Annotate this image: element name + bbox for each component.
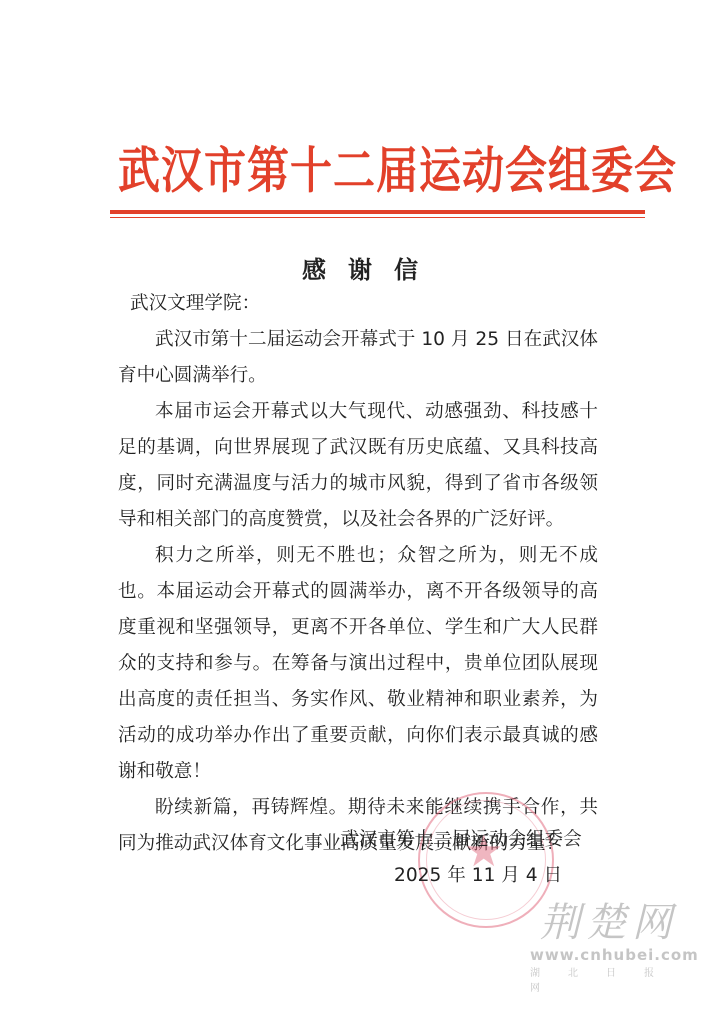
salutation: 武汉文理学院： [118, 286, 598, 322]
watermark-subtitle: 湖北日报网 [510, 964, 715, 994]
letterhead-rule-thick [110, 210, 645, 214]
signature-date: 2025 年 11 月 4 日 [340, 858, 582, 894]
watermark-url: www.cnhubei.com [510, 946, 715, 964]
paragraph-2: 本届市运会开幕式以大气现代、动感强劲、科技感十足的基调，向世界展现了武汉既有历史… [118, 394, 598, 538]
letterhead-title: 武汉市第十二届运动会组委会 [118, 138, 643, 204]
letter-body: 武汉文理学院： 武汉市第十二届运动会开幕式于 10 月 25 日在武汉体育中心圆… [118, 286, 598, 862]
signature-block: 武汉市第十二届运动会组委会 2025 年 11 月 4 日 [340, 822, 582, 894]
watermark: 荆楚网 www.cnhubei.com 湖北日报网 [510, 900, 715, 994]
signature-organization: 武汉市第十二届运动会组委会 [340, 822, 582, 858]
paragraph-1: 武汉市第十二届运动会开幕式于 10 月 25 日在武汉体育中心圆满举行。 [118, 322, 598, 394]
letterhead-rule-thin [110, 217, 645, 218]
watermark-logo: 荆楚网 [510, 900, 715, 946]
letter-title: 感谢信 [0, 250, 720, 285]
paragraph-3: 积力之所举，则无不胜也；众智之所为，则无不成也。本届运动会开幕式的圆满举办，离不… [118, 538, 598, 790]
